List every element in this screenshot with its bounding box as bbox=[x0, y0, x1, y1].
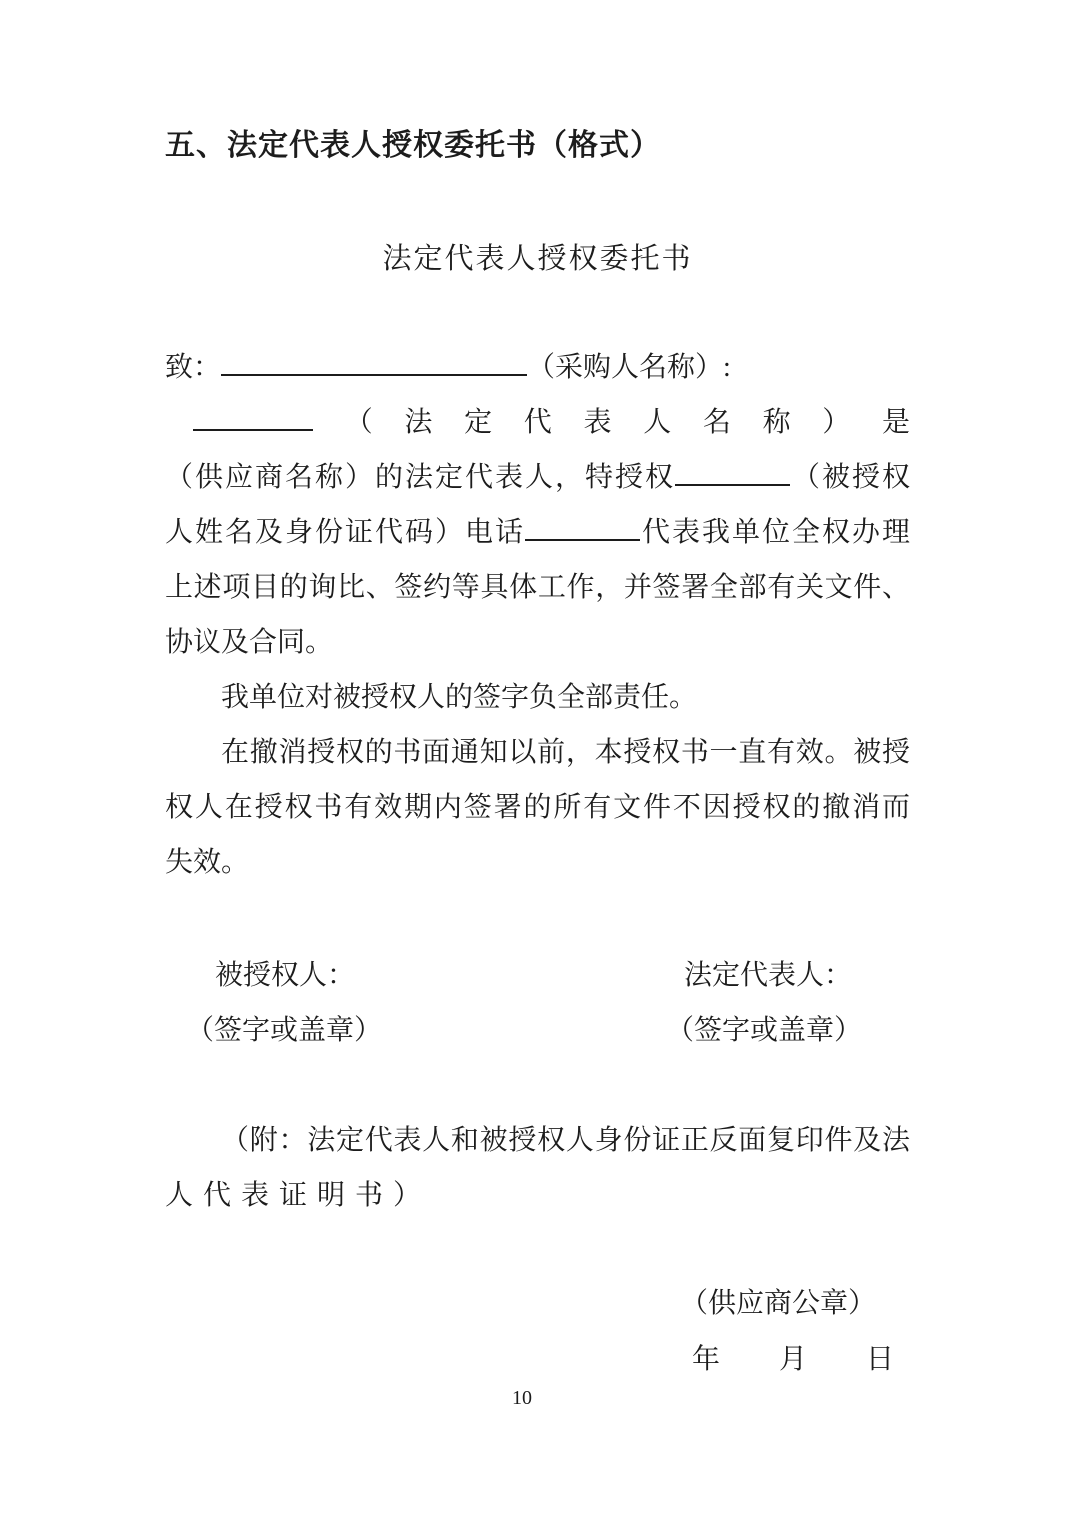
purchaser-name-blank bbox=[221, 346, 527, 376]
supplier-note-text: （供应商名称）的法定代表人，特授权 bbox=[165, 462, 675, 493]
legal-rep-signature-note: （签字或盖章） bbox=[666, 1003, 862, 1058]
attorney-name-blank bbox=[675, 456, 790, 486]
signature-labels-row: 被授权人： 法定代表人： bbox=[0, 948, 1074, 1003]
attachment-note-line-1: （附：法定代表人和被授权人身份证正反面复印件及法 bbox=[165, 1113, 910, 1168]
date-line: 年 月 日 bbox=[692, 1340, 895, 1380]
attachment-note-line-2: 人代表证明书） bbox=[165, 1168, 910, 1223]
legal-rep-name-blank bbox=[193, 401, 313, 431]
document-title: 法定代表人授权委托书 bbox=[165, 240, 910, 278]
attorney-signature-label: 被授权人： bbox=[215, 948, 355, 1003]
attorney-signature-note: （签字或盖章） bbox=[186, 1003, 382, 1058]
body-line-scope: 上述项目的询比、签约等具体工作，并签署全部有关文件、 bbox=[165, 560, 910, 615]
phone-blank bbox=[525, 511, 640, 541]
legal-rep-name-note: （法定代表人名称）是 bbox=[313, 407, 910, 438]
body-line-legal-rep-name: （法定代表人名称）是 bbox=[165, 395, 910, 450]
body-line-validity-2: 权人在授权书有效期内签署的所有文件不因授权的撤消而 bbox=[165, 780, 910, 835]
body-line-to: 致：（采购人名称）: bbox=[165, 340, 910, 395]
body-line-responsibility: 我单位对被授权人的签字负全部责任。 bbox=[165, 670, 910, 725]
body-line-phone: 人姓名及身份证代码）电话代表我单位全权办理 bbox=[165, 505, 910, 560]
authorize-scope-text: 代表我单位全权办理 bbox=[640, 517, 910, 548]
section-heading: 五、法定代表人授权委托书（格式） bbox=[165, 126, 925, 166]
attorney-note-open: （被授权 bbox=[790, 462, 910, 493]
signature-notes-row: （签字或盖章） （签字或盖章） bbox=[0, 1003, 1074, 1058]
attorney-id-note: 人姓名及身份证代码）电话 bbox=[165, 517, 525, 548]
body-line-validity-3: 失效。 bbox=[165, 835, 910, 890]
purchaser-name-note: （采购人名称）: bbox=[527, 352, 731, 383]
supplier-seal-note: （供应商公章） bbox=[680, 1284, 876, 1324]
body-line-validity-1: 在撤消授权的书面通知以前，本授权书一直有效。被授 bbox=[165, 725, 910, 780]
to-label: 致： bbox=[165, 352, 221, 383]
document-page: 五、法定代表人授权委托书（格式） 法定代表人授权委托书 致：（采购人名称）: （… bbox=[0, 0, 1074, 1520]
document-body: 致：（采购人名称）: （法定代表人名称）是 （供应商名称）的法定代表人，特授权（… bbox=[165, 340, 910, 890]
body-line-supplier: （供应商名称）的法定代表人，特授权（被授权 bbox=[165, 450, 910, 505]
body-line-contract: 协议及合同。 bbox=[165, 615, 910, 670]
legal-rep-signature-label: 法定代表人： bbox=[684, 948, 852, 1003]
attachment-note: （附：法定代表人和被授权人身份证正反面复印件及法 人代表证明书） bbox=[165, 1113, 910, 1223]
page-number: 10 bbox=[0, 1384, 1044, 1412]
